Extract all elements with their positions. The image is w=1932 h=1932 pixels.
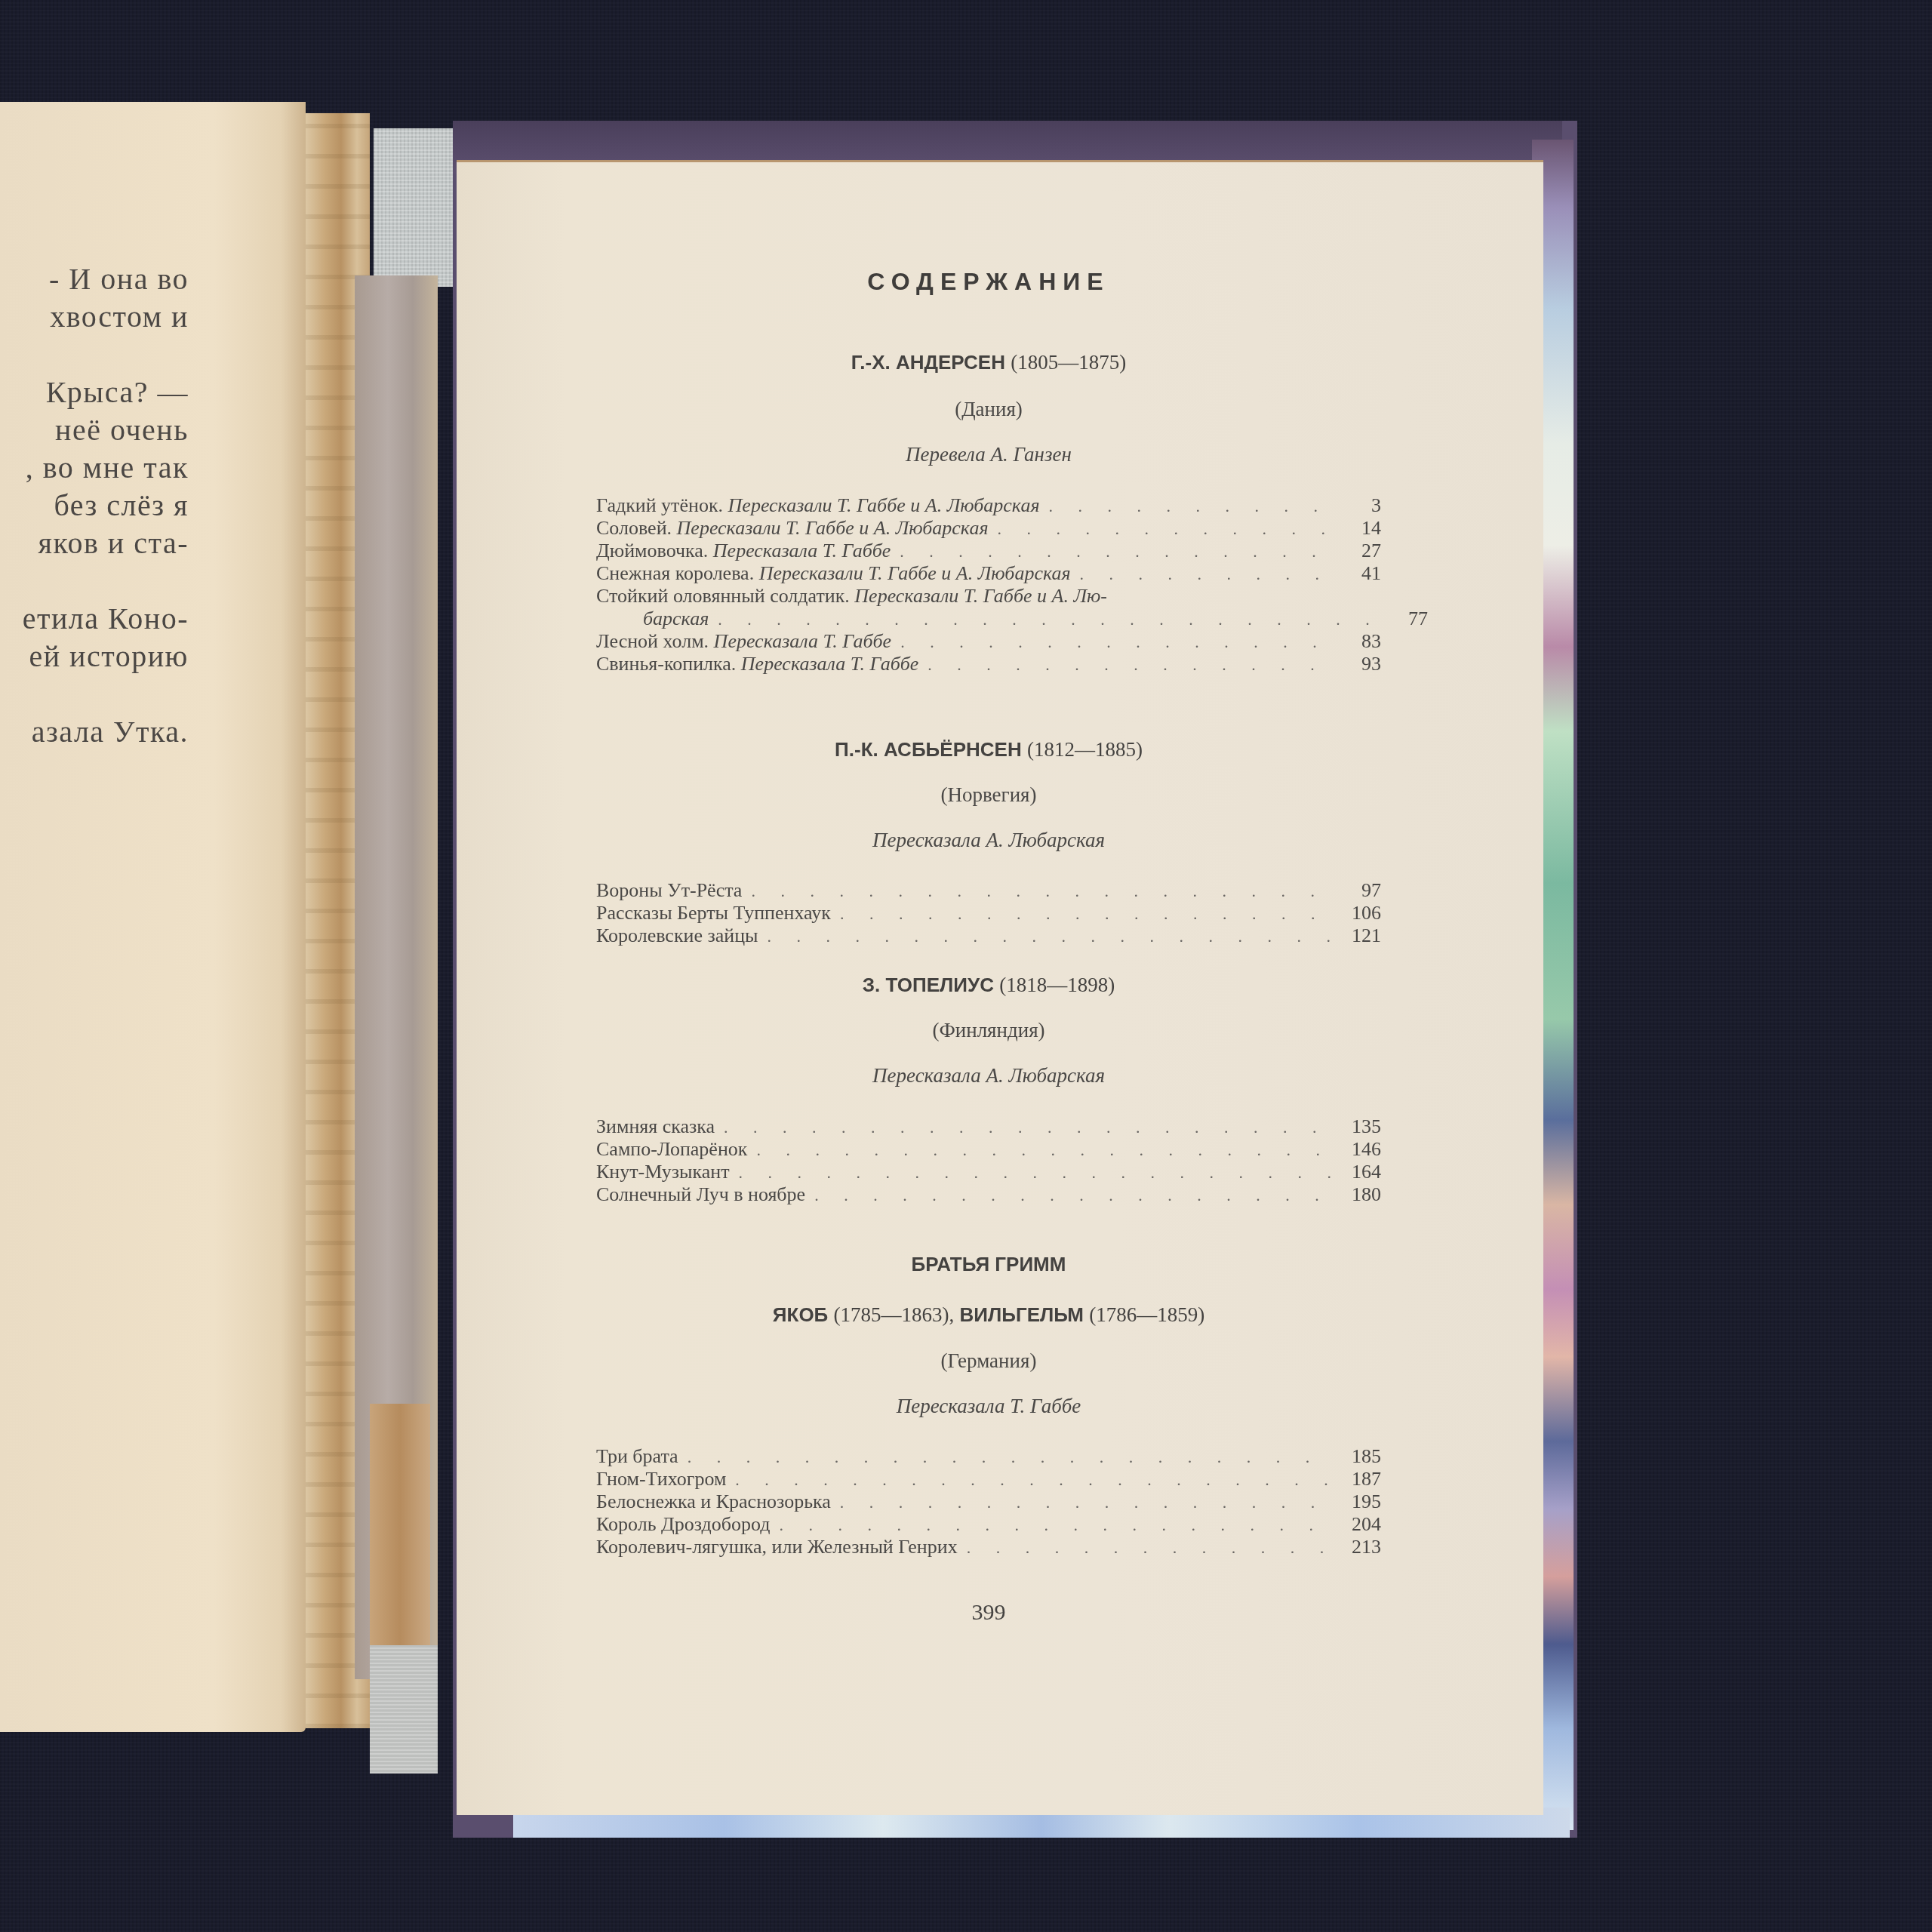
author-name: Г.-Х. АНДЕРСЕН (851, 351, 1005, 374)
leader-dots (840, 1491, 1331, 1514)
section-country: (Финляндия) (596, 1019, 1381, 1042)
entry-title: Гадкий утёнок. (596, 494, 723, 516)
author-years: (1812—1885) (1027, 738, 1143, 761)
author-name: З. ТОПЕЛИУС (863, 974, 994, 996)
leader-dots (780, 1514, 1331, 1537)
page-number: 399 (596, 1600, 1381, 1626)
toc-entry[interactable]: Зимняя сказка 135 (596, 1115, 1381, 1138)
entry-title: Зимняя сказка (596, 1115, 715, 1138)
toc-entry[interactable]: Солнечный Луч в ноябре 180 (596, 1183, 1381, 1206)
toc-entry[interactable]: Вороны Ут-Рёста 97 (596, 879, 1381, 902)
toc-entry[interactable]: Белоснежка и Краснозорька 195 (596, 1491, 1381, 1513)
section-country: (Дания) (596, 398, 1381, 421)
section-author: З. ТОПЕЛИУС (1818—1898) (596, 974, 1381, 997)
page-title: СОДЕРЖАНИЕ (596, 268, 1381, 296)
entry-page: 146 (1342, 1138, 1381, 1161)
section-group-title: БРАТЬЯ ГРИММ (596, 1253, 1381, 1276)
left-page-line: ей историю (29, 638, 189, 675)
section-translator: Пересказала А. Любарская (596, 829, 1381, 852)
left-page: - И она во хвостом и Крыса? — неё очень … (0, 102, 306, 1732)
left-page-line: неё очень (55, 411, 189, 449)
section-author: ЯКОБ (1785—1863), ВИЛЬГЕЛЬМ (1786—1859) (596, 1303, 1381, 1327)
section-country: (Норвегия) (596, 783, 1381, 807)
leader-dots (840, 903, 1331, 925)
leader-dots (928, 654, 1331, 676)
leader-dots (756, 1139, 1331, 1161)
toc-entry[interactable]: Королевские зайцы 121 (596, 924, 1381, 947)
entry-title: Белоснежка и Краснозорька (596, 1491, 831, 1513)
toc-entry[interactable]: Свинья-копилка. Пересказала Т. Габбе 93 (596, 653, 1381, 675)
contents-page: СОДЕРЖАНИЕ Г.-Х. АНДЕРСЕН (1805—1875) (Д… (457, 160, 1543, 1815)
leader-dots (718, 608, 1378, 631)
section-author: П.-К. АСБЬЁРНСЕН (1812—1885) (596, 738, 1381, 761)
entry-credit: Пересказали Т. Габбе и А. Любарская (677, 517, 989, 539)
entry-page: 97 (1342, 879, 1381, 902)
entry-title: Сампо-Лопарёнок (596, 1138, 747, 1161)
entry-credit: Пересказала Т. Габбе (714, 630, 892, 652)
left-page-line: азала Утка. (32, 713, 189, 751)
binding-gauze-bottom (370, 1645, 438, 1774)
entry-page: 14 (1342, 517, 1381, 540)
entry-credit: барская (643, 608, 709, 629)
entry-credit: Пересказали Т. Габбе и А. Лю- (854, 585, 1107, 607)
binding-gauze-top (374, 128, 457, 287)
left-page-line: етила Коно- (23, 600, 189, 638)
leader-dots (967, 1537, 1331, 1559)
entry-title: Свинья-копилка. (596, 653, 736, 675)
entry-page: 77 (1389, 608, 1428, 630)
toc-entry[interactable]: Три брата 185 (596, 1445, 1381, 1468)
entry-title: Гном-Тихогром (596, 1468, 726, 1491)
entry-title: Король Дроздобород (596, 1513, 771, 1536)
toc-entry[interactable]: Лесной холм. Пересказала Т. Габбе 83 (596, 630, 1381, 653)
section-author: Г.-Х. АНДЕРСЕН (1805—1875) (596, 351, 1381, 374)
author-years: (1785—1863), (834, 1303, 955, 1326)
entry-page: 106 (1342, 902, 1381, 924)
section-country: (Германия) (596, 1349, 1381, 1373)
entry-title: Рассказы Берты Туппенхаук (596, 902, 831, 924)
toc-entry[interactable]: Кнут-Музыкант 164 (596, 1161, 1381, 1183)
section-translator: Пересказала А. Любарская (596, 1064, 1381, 1088)
toc-entry[interactable]: Королевич-лягушка, или Железный Генрих 2… (596, 1536, 1381, 1558)
toc-entry[interactable]: Король Дроздобород 204 (596, 1513, 1381, 1536)
leader-dots (814, 1184, 1331, 1207)
author-name-2: ВИЛЬГЕЛЬМ (960, 1303, 1084, 1326)
entry-title: Кнут-Музыкант (596, 1161, 730, 1183)
toc-entry[interactable]: Гадкий утёнок. Пересказали Т. Габбе и А.… (596, 494, 1381, 517)
toc-entry[interactable]: Сампо-Лопарёнок 146 (596, 1138, 1381, 1161)
leader-dots (739, 1161, 1331, 1184)
entry-title: Вороны Ут-Рёста (596, 879, 742, 902)
leader-dots (1080, 563, 1331, 586)
entry-page: 213 (1342, 1536, 1381, 1558)
toc-entry[interactable]: Дюймовочка. Пересказала Т. Габбе 27 (596, 540, 1381, 562)
entry-title: Лесной холм. (596, 630, 709, 652)
toc-entry[interactable]: Рассказы Берты Туппенхаук 106 (596, 902, 1381, 924)
toc-entry[interactable]: Снежная королева. Пересказали Т. Габбе и… (596, 562, 1381, 585)
entry-title: Соловей. (596, 517, 672, 539)
entry-credit: Пересказала Т. Габбе (713, 540, 891, 561)
entry-title: Снежная королева. (596, 562, 754, 584)
entry-page: 27 (1342, 540, 1381, 562)
entry-page: 135 (1342, 1115, 1381, 1138)
toc-entry-continuation[interactable]: барская 77 (596, 608, 1428, 630)
left-page-line: яков и ста- (38, 525, 189, 562)
entry-page: 185 (1342, 1445, 1381, 1468)
entry-page: 93 (1342, 653, 1381, 675)
entry-title: Дюймовочка. (596, 540, 708, 561)
toc-entry[interactable]: Соловей. Пересказали Т. Габбе и А. Любар… (596, 517, 1381, 540)
entry-page: 204 (1342, 1513, 1381, 1536)
author-name: П.-К. АСБЬЁРНСЕН (835, 738, 1022, 761)
author-years: (1805—1875) (1011, 351, 1126, 374)
entry-credit: Пересказали Т. Габбе и А. Любарская (759, 562, 1071, 584)
entry-title: Королевич-лягушка, или Железный Генрих (596, 1536, 958, 1558)
left-page-line: без слёз я (54, 487, 189, 525)
entry-page: 3 (1342, 494, 1381, 517)
left-page-line: хвостом и (50, 298, 189, 336)
leader-dots (1048, 495, 1331, 518)
leader-dots (724, 1116, 1331, 1139)
leader-dots (751, 880, 1331, 903)
entry-page: 187 (1342, 1468, 1381, 1491)
entry-title: Королевские зайцы (596, 924, 758, 947)
entry-page: 180 (1342, 1183, 1381, 1206)
author-years-2: (1786—1859) (1089, 1303, 1204, 1326)
left-page-line: , во мне так (26, 449, 189, 487)
entry-page: 121 (1342, 924, 1381, 947)
author-years: (1818—1898) (999, 974, 1115, 996)
leader-dots (900, 631, 1331, 654)
entry-page: 41 (1342, 562, 1381, 585)
leader-dots (997, 518, 1331, 540)
section-translator: Пересказала Т. Габбе (596, 1395, 1381, 1418)
left-page-line: - И она во (49, 260, 189, 298)
entry-credit: Пересказали Т. Габбе и А. Любарская (728, 494, 1040, 516)
entry-title: Стойкий оловянный солдатик. (596, 585, 850, 607)
leader-dots (735, 1469, 1331, 1491)
section-translator: Перевела А. Ганзен (596, 443, 1381, 466)
entry-credit: Пересказала Т. Габбе (741, 653, 919, 675)
leader-dots (900, 540, 1331, 563)
entry-title: Три брата (596, 1445, 678, 1468)
entry-title: Солнечный Луч в ноябре (596, 1183, 805, 1206)
leader-dots (768, 925, 1331, 948)
entry-page: 164 (1342, 1161, 1381, 1183)
entry-page: 195 (1342, 1491, 1381, 1513)
toc-entry[interactable]: Стойкий оловянный солдатик. Пересказали … (596, 585, 1381, 608)
author-name: ЯКОБ (773, 1303, 828, 1326)
leader-dots (688, 1446, 1331, 1469)
entry-page: 83 (1342, 630, 1381, 653)
left-page-line: Крыса? — (46, 374, 189, 411)
toc-entry[interactable]: Гном-Тихогром 187 (596, 1468, 1381, 1491)
